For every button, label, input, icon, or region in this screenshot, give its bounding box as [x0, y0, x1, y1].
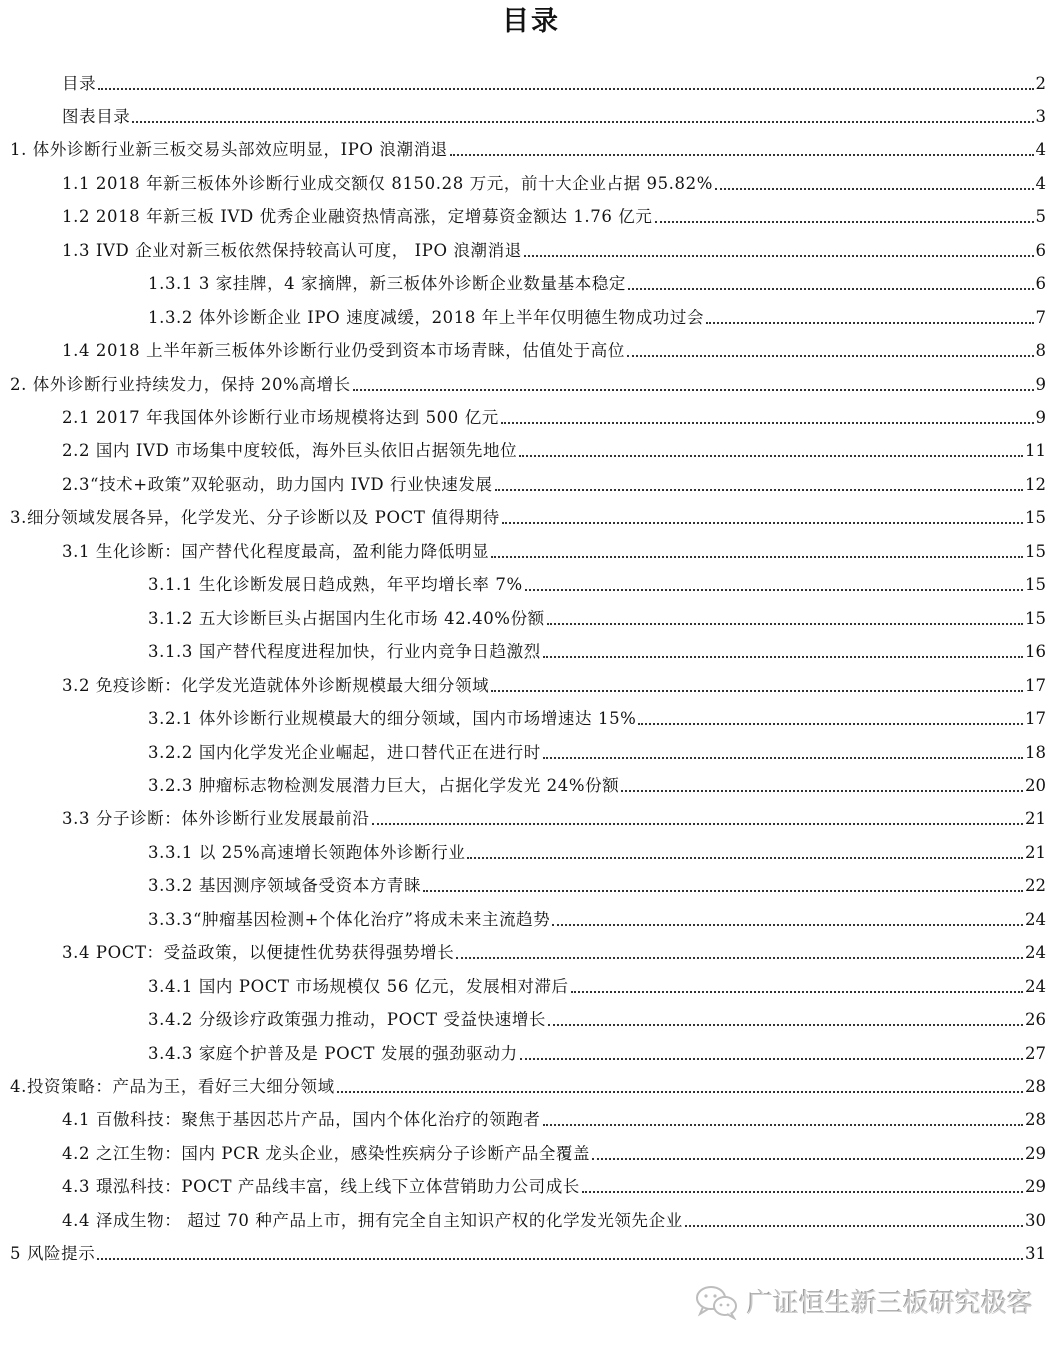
dot-leader: [450, 153, 1034, 156]
toc-entry[interactable]: 3.3.1 以 25%高速增长领跑体外诊断行业21: [0, 830, 1046, 864]
toc-page-number[interactable]: 24: [1025, 976, 1046, 998]
toc-page-number[interactable]: 8: [1036, 340, 1047, 362]
toc-page-number[interactable]: 2: [1036, 73, 1047, 95]
toc-entry[interactable]: 1.3.2 体外诊断企业 IPO 速度减缓，2018 年上半年仅明德生物成功过会…: [0, 295, 1046, 329]
toc-entry-title[interactable]: 5 风险提示: [10, 1243, 95, 1265]
toc-entry-title[interactable]: 3.细分领域发展各异，化学发光、分子诊断以及 POCT 值得期待: [10, 507, 500, 529]
toc-entry[interactable]: 3.2 免疫诊断：化学发光造就体外诊断规模最大细分领域17: [0, 663, 1046, 697]
dot-leader: [638, 722, 1023, 725]
toc-entry-title[interactable]: 图表目录: [62, 106, 130, 128]
dot-leader: [582, 1190, 1023, 1193]
toc-page-number[interactable]: 15: [1025, 507, 1046, 529]
toc-entry-title[interactable]: 3.3 分子诊断：体外诊断行业发展最前沿: [62, 808, 370, 830]
toc-entry-title[interactable]: 2.1 2017 年我国体外诊断行业市场规模将达到 500 亿元: [62, 407, 499, 429]
toc-entry-title[interactable]: 4.1 百傲科技：聚焦于基因芯片产品，国内个体化治疗的领跑者: [62, 1109, 541, 1131]
toc-entry[interactable]: 3.2.3 肿瘤标志物检测发展潜力巨大，占据化学发光 24%份额20: [0, 763, 1046, 797]
toc-entry-title[interactable]: 目录: [62, 73, 96, 95]
toc-entry-title[interactable]: 3.4 POCT：受益政策，以便捷性优势获得强势增长: [62, 942, 454, 964]
toc-page-number[interactable]: 31: [1025, 1243, 1046, 1265]
dot-leader: [627, 354, 1034, 357]
dot-leader: [592, 1157, 1023, 1160]
toc-entry-title[interactable]: 3.1 生化诊断：国产替代化程度最高，盈利能力降低明显: [62, 541, 489, 563]
toc-entry-title[interactable]: 4.投资策略：产品为王，看好三大细分领域: [10, 1076, 335, 1098]
toc-entry[interactable]: 1.3.1 3 家挂牌，4 家摘牌，新三板体外诊断企业数量基本稳定6: [0, 262, 1046, 296]
toc-entry-title[interactable]: 3.2 免疫诊断：化学发光造就体外诊断规模最大细分领域: [62, 675, 489, 697]
dot-leader: [501, 421, 1034, 424]
toc-page-number[interactable]: 7: [1036, 307, 1047, 329]
toc-entry[interactable]: 3.1.1 生化诊断发展日趋成熟，年平均增长率 7%15: [0, 563, 1046, 597]
dot-leader: [571, 990, 1023, 993]
toc-entry-title[interactable]: 3.3.3“肿瘤基因检测+个体化治疗”将成未来主流趋势: [148, 909, 550, 931]
toc-entry-title[interactable]: 1.3.1 3 家挂牌，4 家摘牌，新三板体外诊断企业数量基本稳定: [148, 273, 626, 295]
toc-entry-title[interactable]: 1.3 IVD 企业对新三板依然保持较高认可度， IPO 浪潮消退: [62, 240, 522, 262]
dot-leader: [495, 488, 1023, 491]
dot-leader: [628, 287, 1033, 290]
dot-leader: [524, 254, 1034, 257]
dot-leader: [456, 956, 1023, 959]
toc-page-number[interactable]: 22: [1025, 875, 1046, 897]
toc-page-number[interactable]: 11: [1025, 440, 1046, 462]
toc-entry-title[interactable]: 4.4 泽成生物： 超过 70 种产品上市，拥有完全自主知识产权的化学发光领先企…: [62, 1210, 683, 1232]
dot-leader: [547, 622, 1023, 625]
toc-entry-title[interactable]: 1.2 2018 年新三板 IVD 优秀企业融资热情高涨，定增募资金额达 1.7…: [62, 206, 653, 228]
toc-entry[interactable]: 3.2.2 国内化学发光企业崛起，进口替代正在进行时18: [0, 730, 1046, 764]
toc-page-number[interactable]: 5: [1036, 206, 1047, 228]
toc-entry-title[interactable]: 3.3.1 以 25%高速增长领跑体外诊断行业: [148, 842, 465, 864]
toc-entry-title[interactable]: 3.3.2 基因测序领域备受资本方青睐: [148, 875, 421, 897]
toc-page-number[interactable]: 24: [1025, 909, 1046, 931]
toc-entry[interactable]: 1.3 IVD 企业对新三板依然保持较高认可度， IPO 浪潮消退6: [0, 228, 1046, 262]
toc-entry[interactable]: 4.2 之江生物：国内 PCR 龙头企业，感染性疾病分子诊断产品全覆盖29: [0, 1131, 1046, 1165]
toc-entry-title[interactable]: 4.2 之江生物：国内 PCR 龙头企业，感染性疾病分子诊断产品全覆盖: [62, 1143, 590, 1165]
dot-leader: [132, 120, 1033, 123]
dot-leader: [685, 1224, 1023, 1227]
wechat-icon: [695, 1284, 739, 1320]
toc-entry[interactable]: 2.3“技术+政策”双轮驱动，助力国内 IVD 行业快速发展12: [0, 462, 1046, 496]
toc-entry-title[interactable]: 2.2 国内 IVD 市场集中度较低，海外巨头依旧占据领先地位: [62, 440, 517, 462]
dot-leader: [543, 655, 1023, 658]
toc-page-number[interactable]: 28: [1025, 1076, 1046, 1098]
dot-leader: [552, 923, 1023, 926]
dot-leader: [337, 1090, 1023, 1093]
watermark: 广证恒生新三板研究极客: [695, 1283, 1033, 1320]
toc-entry[interactable]: 3.4.2 分级诊疗政策强力推动，POCT 受益快速增长26: [0, 998, 1046, 1032]
toc-entry[interactable]: 3.细分领域发展各异，化学发光、分子诊断以及 POCT 值得期待15: [0, 496, 1046, 530]
toc-entry[interactable]: 3.3.3“肿瘤基因检测+个体化治疗”将成未来主流趋势24: [0, 897, 1046, 931]
dot-leader: [706, 321, 1033, 324]
toc-entry-title[interactable]: 3.1.2 五大诊断巨头占据国内生化市场 42.40%份额: [148, 608, 545, 630]
toc-entry-title[interactable]: 3.2.2 国内化学发光企业崛起，进口替代正在进行时: [148, 742, 541, 764]
dot-leader: [519, 454, 1023, 457]
page-title: 目录: [0, 2, 1062, 42]
toc-entry-title[interactable]: 2.3“技术+政策”双轮驱动，助力国内 IVD 行业快速发展: [62, 474, 493, 496]
toc-page-number[interactable]: 3: [1036, 106, 1047, 128]
toc-page-number[interactable]: 29: [1025, 1143, 1046, 1165]
toc-entry[interactable]: 4.3 璟泓科技：POCT 产品线丰富，线上线下立体营销助力公司成长29: [0, 1165, 1046, 1199]
dot-leader: [543, 1123, 1024, 1126]
toc-entry-title[interactable]: 3.4.3 家庭个护普及是 POCT 发展的强劲驱动力: [148, 1043, 518, 1065]
toc-entry[interactable]: 1.2 2018 年新三板 IVD 优秀企业融资热情高涨，定增募资金额达 1.7…: [0, 195, 1046, 229]
dot-leader: [548, 1023, 1023, 1026]
dot-leader: [372, 822, 1024, 825]
toc-page-number[interactable]: 20: [1025, 775, 1046, 797]
toc-entry-title[interactable]: 4.3 璟泓科技：POCT 产品线丰富，线上线下立体营销助力公司成长: [62, 1176, 580, 1198]
toc-entry[interactable]: 4.1 百傲科技：聚焦于基因芯片产品，国内个体化治疗的领跑者28: [0, 1098, 1046, 1132]
toc-page-number[interactable]: 16: [1025, 641, 1046, 663]
toc-page-number[interactable]: 24: [1025, 942, 1046, 964]
toc-entry[interactable]: 3.1.3 国产替代程度进程加快，行业内竞争日趋激烈16: [0, 630, 1046, 664]
toc-page-number[interactable]: 27: [1025, 1043, 1046, 1065]
toc-page-number[interactable]: 28: [1025, 1109, 1046, 1131]
toc-entry[interactable]: 2. 体外诊断行业持续发力，保持 20%高增长9: [0, 362, 1046, 396]
toc-entry-title[interactable]: 1. 体外诊断行业新三板交易头部效应明显，IPO 浪潮消退: [10, 139, 448, 161]
toc-entry[interactable]: 目录2: [0, 61, 1046, 95]
dot-leader: [97, 1257, 1023, 1260]
toc-page-number[interactable]: 17: [1025, 708, 1046, 730]
dot-leader: [543, 756, 1023, 759]
toc-entry[interactable]: 3.2.1 体外诊断行业规模最大的细分领域，国内市场增速达 15%17: [0, 697, 1046, 731]
toc-page-number[interactable]: 15: [1025, 608, 1046, 630]
toc-entry[interactable]: 3.4.1 国内 POCT 市场规模仅 56 亿元，发展相对滞后24: [0, 964, 1046, 998]
toc-entry[interactable]: 5 风险提示31: [0, 1232, 1046, 1266]
toc-entry[interactable]: 2.1 2017 年我国体外诊断行业市场规模将达到 500 亿元9: [0, 396, 1046, 430]
dot-leader: [715, 187, 1033, 190]
toc-entry[interactable]: 3.4 POCT：受益政策，以便捷性优势获得强势增长24: [0, 931, 1046, 965]
toc-page-number[interactable]: 21: [1025, 808, 1046, 830]
dot-leader: [467, 856, 1023, 859]
toc-page-number[interactable]: 9: [1036, 374, 1047, 396]
toc-entry-title[interactable]: 3.1.3 国产替代程度进程加快，行业内竞争日趋激烈: [148, 641, 541, 663]
toc-entry-title[interactable]: 3.4.1 国内 POCT 市场规模仅 56 亿元，发展相对滞后: [148, 976, 569, 998]
toc-entry[interactable]: 1.1 2018 年新三板体外诊断行业成交额仅 8150.28 万元，前十大企业…: [0, 161, 1046, 195]
toc-page-number[interactable]: 15: [1025, 574, 1046, 596]
toc-entry-title[interactable]: 1.1 2018 年新三板体外诊断行业成交额仅 8150.28 万元，前十大企业…: [62, 173, 713, 195]
toc-page-number[interactable]: 15: [1025, 541, 1046, 563]
watermark-text: 广证恒生新三板研究极客: [747, 1283, 1033, 1320]
dot-leader: [491, 689, 1023, 692]
toc-entry[interactable]: 2.2 国内 IVD 市场集中度较低，海外巨头依旧占据领先地位11: [0, 429, 1046, 463]
toc-page-number[interactable]: 4: [1036, 139, 1047, 161]
toc-entry[interactable]: 3.3 分子诊断：体外诊断行业发展最前沿21: [0, 797, 1046, 831]
toc-entry-title[interactable]: 3.4.2 分级诊疗政策强力推动，POCT 受益快速增长: [148, 1009, 546, 1031]
dot-leader: [655, 220, 1034, 223]
dot-leader: [502, 521, 1023, 524]
toc-entry[interactable]: 1. 体外诊断行业新三板交易头部效应明显，IPO 浪潮消退4: [0, 128, 1046, 162]
toc-entry[interactable]: 3.1.2 五大诊断巨头占据国内生化市场 42.40%份额15: [0, 596, 1046, 630]
toc-page-number[interactable]: 18: [1025, 742, 1046, 764]
dot-leader: [98, 87, 1033, 90]
toc-entry[interactable]: 图表目录3: [0, 94, 1046, 128]
toc-entry-title[interactable]: 1.3.2 体外诊断企业 IPO 速度减缓，2018 年上半年仅明德生物成功过会: [148, 307, 704, 329]
toc-entry[interactable]: 4.4 泽成生物： 超过 70 种产品上市，拥有完全自主知识产权的化学发光领先企…: [0, 1198, 1046, 1232]
toc-page-number[interactable]: 4: [1036, 173, 1047, 195]
dot-leader: [621, 789, 1023, 792]
toc-entry-title[interactable]: 1.4 2018 上半年新三板体外诊断行业仍受到资本市场青睐，估值处于高位: [62, 340, 625, 362]
toc-entry-title[interactable]: 3.2.3 肿瘤标志物检测发展潜力巨大，占据化学发光 24%份额: [148, 775, 619, 797]
toc-page-number[interactable]: 6: [1036, 240, 1047, 262]
toc-page-number[interactable]: 9: [1036, 407, 1047, 429]
toc-page-number[interactable]: 6: [1036, 273, 1047, 295]
toc-entry-title[interactable]: 3.2.1 体外诊断行业规模最大的细分领域，国内市场增速达 15%: [148, 708, 636, 730]
toc-entry[interactable]: 1.4 2018 上半年新三板体外诊断行业仍受到资本市场青睐，估值处于高位8: [0, 329, 1046, 363]
dot-leader: [520, 1057, 1023, 1060]
toc-page-number[interactable]: 21: [1025, 842, 1046, 864]
toc-entry[interactable]: 3.4.3 家庭个护普及是 POCT 发展的强劲驱动力27: [0, 1031, 1046, 1065]
toc-page-number[interactable]: 26: [1025, 1009, 1046, 1031]
toc-entry[interactable]: 3.1 生化诊断：国产替代化程度最高，盈利能力降低明显15: [0, 529, 1046, 563]
toc-entry[interactable]: 3.3.2 基因测序领域备受资本方青睐22: [0, 864, 1046, 898]
toc-page-number[interactable]: 12: [1025, 474, 1046, 496]
dot-leader: [525, 588, 1023, 591]
toc-page-number[interactable]: 30: [1025, 1210, 1046, 1232]
dot-leader: [353, 388, 1034, 391]
toc-page-number[interactable]: 17: [1025, 675, 1046, 697]
toc-entry-title[interactable]: 2. 体外诊断行业持续发力，保持 20%高增长: [10, 374, 351, 396]
toc-page-number[interactable]: 29: [1025, 1176, 1046, 1198]
dot-leader: [423, 889, 1023, 892]
toc-entry-title[interactable]: 3.1.1 生化诊断发展日趋成熟，年平均增长率 7%: [148, 574, 523, 596]
dot-leader: [491, 555, 1023, 558]
toc-entry[interactable]: 4.投资策略：产品为王，看好三大细分领域28: [0, 1065, 1046, 1099]
